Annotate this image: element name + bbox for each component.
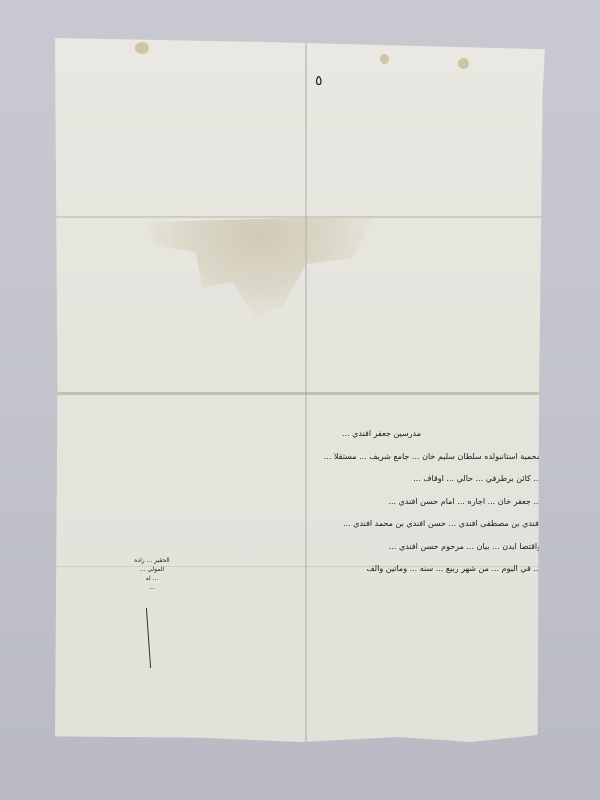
text-line: ... کائن برطرفي ... حالي ... اوقاف ... <box>63 468 541 491</box>
stain-spot <box>380 54 389 64</box>
signature-line: المولى ... <box>117 565 187 574</box>
vertical-fold-line <box>305 38 307 742</box>
heading-line: مدرسين جعفر افندي ... <box>63 423 541 446</box>
page-number: ٥ <box>315 73 323 89</box>
text-line: واقتضا ايدن ... بيان ... مرحوم حسن افندي… <box>63 536 541 559</box>
signature-line: الحقير ... زاده <box>117 556 187 565</box>
stain-spot <box>135 42 149 54</box>
manuscript-page: ٥ مدرسين جعفر افندي ... محمية استانبولده… <box>55 38 545 742</box>
horizontal-fold-line <box>55 216 545 218</box>
text-line: ... جعفر خان ... اجاره ... امام حسن افند… <box>63 491 541 514</box>
signature-line: ... <box>117 583 187 592</box>
stain-spot <box>458 58 469 69</box>
text-line: محمية استانبولده سلطان سليم خان ... جامع… <box>63 446 541 469</box>
text-line: افندي بن مصطفى افندي ... حسن افندي بن مح… <box>63 513 541 536</box>
signature-stroke <box>146 608 151 668</box>
signature-note: الحقير ... زاده المولى ... ... له ... <box>117 556 187 592</box>
horizontal-fold-line <box>55 392 545 395</box>
signature-line: ... له <box>117 574 187 583</box>
